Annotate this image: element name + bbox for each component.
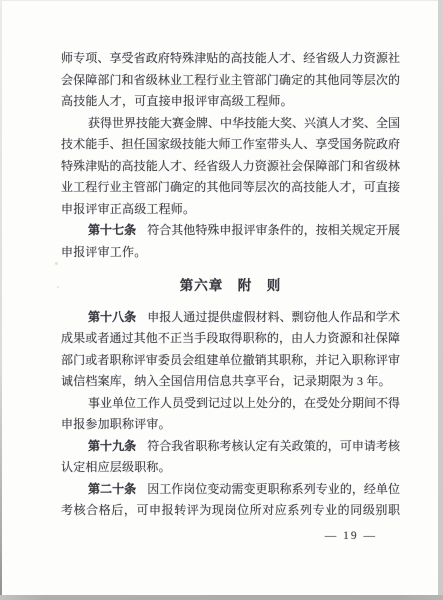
document-line: 高技能人才，可直接申报评审高级工程师。: [61, 91, 400, 113]
document-line: 特殊津贴的高技能人才、经省级人力资源社会保障部门和省级林: [61, 156, 400, 178]
document-line: 第十八条申报人通过提供虚假材料、剽窃他人作品和学术: [61, 307, 400, 329]
scan-speckle: [57, 286, 59, 288]
article-number: 第二十条: [88, 482, 136, 496]
line-text: 符合我省职称考核认定有关政策的，可申请考核: [147, 439, 400, 453]
document-line: 技术能手、担任国家级技能大师工作室带头人、享受国务院政府: [61, 134, 400, 156]
line-text: 申报人通过提供虚假材料、剽窃他人作品和学术: [147, 310, 400, 324]
document-line: 申报评审正高级工程师。: [61, 199, 400, 221]
document-line: 会保障部门和省级林业工程行业主管部门确定的其他同等层次的: [61, 70, 400, 92]
document-line: 申报参加职称评审。: [61, 414, 400, 436]
article-number: 第十九条: [88, 439, 136, 453]
scanned-page: 师专项、享受省政府特殊津贴的高技能人才、经省级人力资源社会保障部门和省级林业工程…: [0, 0, 443, 600]
document-line: 第二十条因工作岗位变动需变更职称系列专业的，经单位: [61, 479, 400, 501]
chapter-heading: 第六章 附 则: [61, 275, 400, 297]
page-edge-bottom: [0, 595, 443, 600]
page-edge-right: [438, 0, 443, 600]
document-line: 认定相应层级职称。: [61, 457, 400, 479]
document-line: 申报评审工作。: [61, 242, 400, 264]
article-number: 第十八条: [88, 310, 136, 324]
page-number: — 19 —: [61, 529, 400, 544]
scan-speckle: [55, 262, 58, 265]
document-line: 事业单位工作人员受到记过以上处分的，在受处分期间不得: [61, 393, 400, 415]
document-line: 第十九条符合我省职称考核认定有关政策的，可申请考核: [61, 436, 400, 458]
line-text: 因工作岗位变动需变更职称系列专业的，经单位: [147, 482, 400, 496]
document-line: 业工程行业主管部门确定的其他同等层次的高技能人才，可直接: [61, 177, 400, 199]
document-line: 获得世界技能大赛金牌、中华技能大奖、兴滇人才奖、全国: [61, 113, 400, 135]
page-edge-left: [0, 0, 2, 600]
document-line: 部门或者职称评审委员会组建单位撤销其职称，并记入职称评审: [61, 350, 400, 372]
article-number: 第十七条: [88, 223, 136, 237]
document-line: 考核合格后，可申报转评为现岗位所对应系列专业的同级别职: [61, 500, 400, 522]
document-lines: 师专项、享受省政府特殊津贴的高技能人才、经省级人力资源社会保障部门和省级林业工程…: [61, 48, 400, 544]
line-text: 符合其他特殊申报评审条件的，按相关规定开展: [147, 223, 400, 237]
document-line: 第十七条符合其他特殊申报评审条件的，按相关规定开展: [61, 220, 400, 242]
document-line: 成果或者通过其他不正当手段取得职称的，由人力资源和社保障: [61, 328, 400, 350]
page-edge-top: [0, 0, 443, 1]
document-line: 师专项、享受省政府特殊津贴的高技能人才、经省级人力资源社: [61, 48, 400, 70]
document-line: 诚信档案库，纳入全国信用信息共享平台，记录期限为 3 年。: [61, 371, 400, 393]
